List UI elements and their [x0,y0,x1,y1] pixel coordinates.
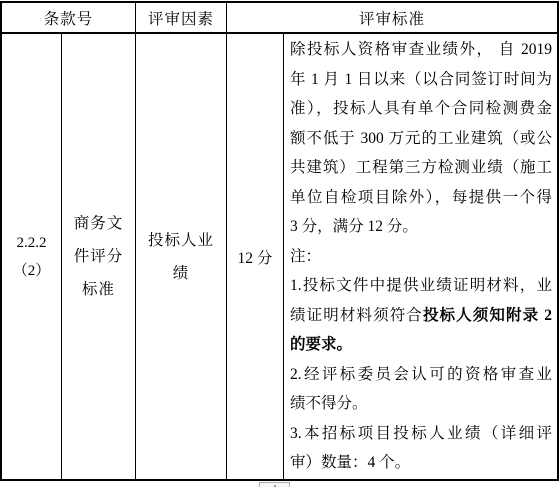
standard-line: 准），投标人具有单个合同检测费金 [290,94,552,124]
cell-text-line: 商务文 [74,207,124,240]
cell-doc-category: 商务文件评分标准 [62,34,136,479]
standard-line: 的要求。 [290,330,552,360]
standard-line: 3.本招标项目投标人业绩（详细评 [290,419,552,449]
standard-line: 2.经评标委员会认可的资格审查业 [290,360,552,390]
cell-text-line: 件评分 [74,240,124,273]
header-cell-clause-no: 条款号 [2,3,136,34]
header-cell-review-standard: 评审标准 [227,3,557,34]
standard-line: 注： [290,242,552,272]
cell-score: 12 分 [227,34,284,479]
standard-line: 绩证明材料须符合投标人须知附录 2 [290,301,552,331]
cell-review-factor: 投标人业绩 [136,34,227,479]
cell-text-line: 绩 [173,257,190,290]
standard-line: 1.投标文件中提供业绩证明材料，业 [290,271,552,301]
document-page: 条款号 评审因素 评审标准 2.2.2（2） 商务文件评分标准 投标人业绩 12… [0,0,560,487]
cell-text-line: 标准 [82,273,115,306]
standard-line: 审）数量：4 个。 [290,448,552,478]
cell-review-standard: 除投标人资格审查业绩外， 自 2019年 1 月 1 日以来（以合同签订时间为准… [284,34,557,479]
standard-line: 除投标人资格审查业绩外， 自 2019 [290,35,552,65]
standard-line: 单位自检项目除外），每提供一个得 [290,183,552,213]
standard-line: 额不低于 300 万元的工业建筑（或公 [290,124,552,154]
standard-line: 3 分，满分 12 分。 [290,212,552,242]
standard-line: 年 1 月 1 日以来（以合同签订时间为 [290,65,552,95]
standard-line: 绩不得分。 [290,389,552,419]
header-cell-review-factor: 评审因素 [136,3,227,34]
standard-line: 共建筑）工程第三方检测业绩（施工 [290,153,552,183]
cell-text-line: 投标人业 [148,224,214,257]
cell-text-line: （2） [13,257,51,285]
cell-text-line: 2.2.2 [17,229,47,257]
evaluation-criteria-table: 条款号 评审因素 评审标准 2.2.2（2） 商务文件评分标准 投标人业绩 12… [0,1,559,481]
page-footer-field [259,482,290,487]
cell-clause-no: 2.2.2（2） [2,34,62,479]
